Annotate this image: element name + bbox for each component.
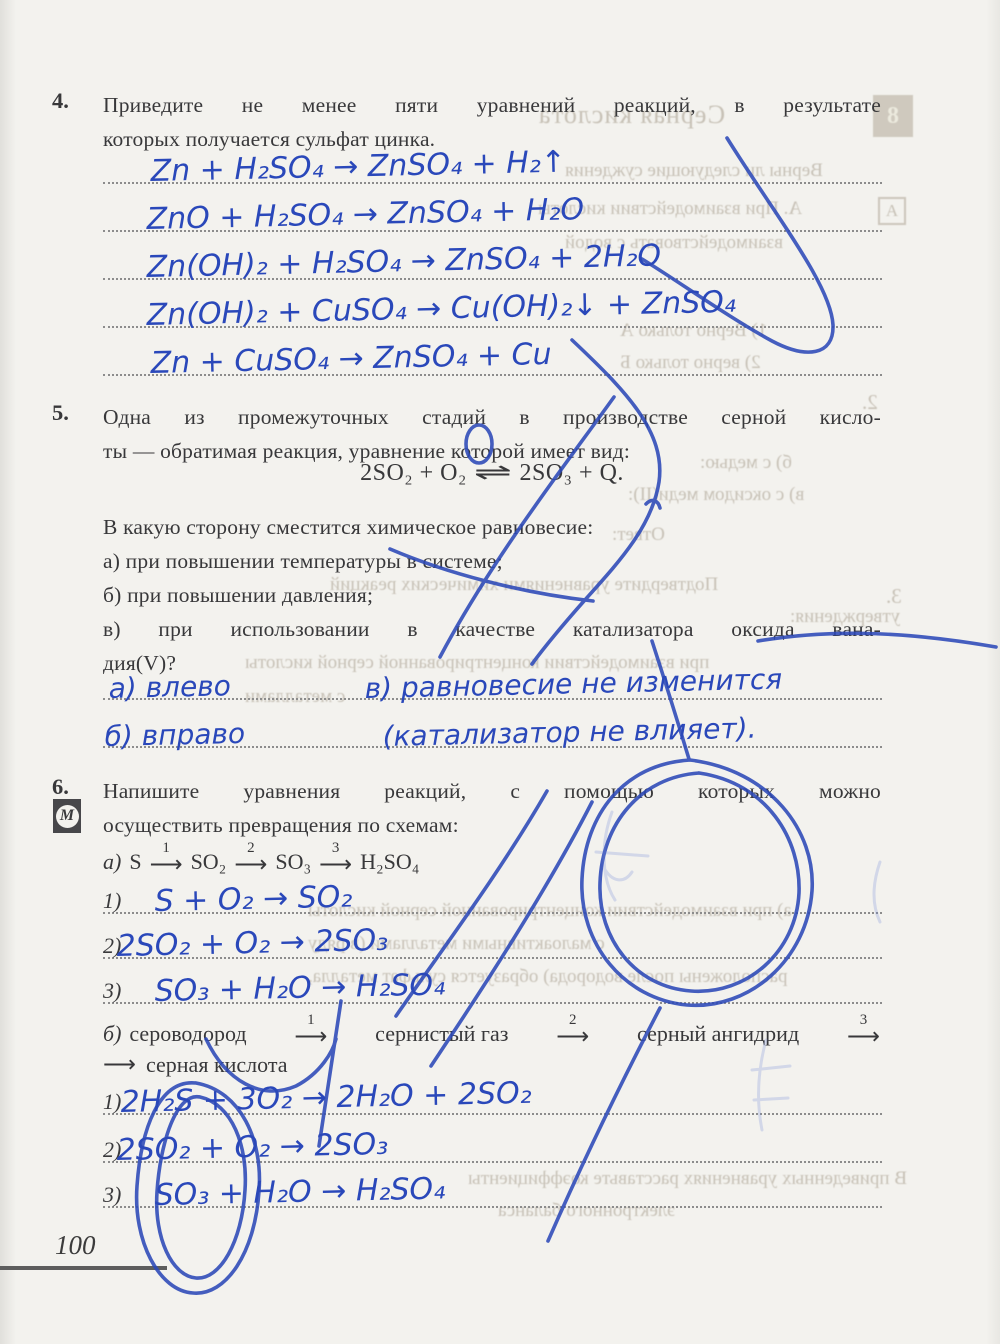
equation-left: 2SO₂ + O₂ <box>360 460 467 486</box>
question-6-number: 6. <box>52 774 69 800</box>
m-icon-letter: М <box>56 805 79 828</box>
question-5-item-b: б) при повышении давления; <box>103 578 881 612</box>
equation-right: 2SO₃ + Q. <box>519 460 623 486</box>
handwritten-equation: SO₃ + H₂O → H₂SO₄ <box>154 967 445 1009</box>
equilibrium-arrows: ⇌ <box>474 458 513 487</box>
answer-line: Zn(OH)₂ + H₂SO₄ → ZnSO₄ + 2H₂O <box>103 232 882 280</box>
handwritten-equation: Zn + H₂SO₄ → ZnSO₄ + H₂↑ <box>150 145 566 189</box>
scheme-b-item: серный ангидрид <box>637 1021 799 1047</box>
bleedthrough-text: 3. <box>886 584 902 609</box>
answer-line: Zn + H₂SO₄ → ZnSO₄ + H₂↑ <box>103 136 882 184</box>
right-arrow-icon: ⟶ <box>556 1027 589 1047</box>
scheme-b-item: сероводород <box>129 1021 246 1046</box>
handwritten-answer-b: б) вправо <box>104 717 245 753</box>
handwritten-answer-v-cont: (катализатор не влияет). <box>382 712 757 753</box>
handwritten-equation: Zn(OH)₂ + CuSO₄ → Cu(OH)₂↓ + ZnSO₄ <box>146 285 736 333</box>
numbered-arrow-2: 2⟶ <box>556 1014 589 1047</box>
answer-line: а) влево в) равновесие не изменится <box>103 652 882 700</box>
handwritten-answer-v: в) равновесие не изменится <box>364 663 782 705</box>
answer-number: 3) <box>103 978 121 1004</box>
question-5-line-1: Одна из промежуточных стадий в производс… <box>103 400 881 434</box>
question-5-prompt: В какую сторону сместится химическое рав… <box>103 510 881 544</box>
answer-line: Zn(OH)₂ + CuSO₄ → Cu(OH)₂↓ + ZnSO₄ <box>103 280 882 328</box>
question-5-number: 5. <box>52 400 69 426</box>
answer-number: 1) <box>103 1089 121 1115</box>
footer-rule <box>0 1266 167 1270</box>
answer-line: Zn + CuSO₄ → ZnSO₄ + Cu <box>103 328 882 376</box>
answer-line: 2) 2SO₂ + O₂ → 2SO₃ <box>103 911 882 959</box>
equilibrium-equation: 2SO₂ + O₂⇌2SO₃ + Q. <box>103 458 881 487</box>
bleedthrough-text: в) с оксидом меди(II): <box>628 484 804 506</box>
answer-line: 1) 2H₂S + 3O₂ → 2H₂O + 2SO₂ <box>103 1067 882 1115</box>
right-arrow-icon: ⟶ <box>847 1027 880 1047</box>
handwritten-equation: ZnO + H₂SO₄ → ZnSO₄ + H₂O <box>146 192 584 237</box>
question-5-item-a: а) при повышении температуры в системе; <box>103 544 881 578</box>
bleedthrough-letter-box: А <box>878 197 906 225</box>
question-6-text: Напишите уравнения реакций, с помощью ко… <box>103 774 881 842</box>
scheme-b-label: б) <box>103 1021 121 1046</box>
question-6-line-2: осуществить превращения по схемам: <box>103 808 881 842</box>
handwritten-equation: Zn + CuSO₄ → ZnSO₄ + Cu <box>150 337 552 381</box>
page-right-edge-shadow <box>986 0 1000 1344</box>
question-4-number: 4. <box>52 88 69 114</box>
page-left-edge-shadow <box>0 0 16 1344</box>
scheme-b: б)сероводород 1⟶ сернистый газ 2⟶ серный… <box>103 1014 888 1047</box>
numbered-arrow-3: 3⟶ <box>847 1014 880 1047</box>
question-5-item-v: в) при использовании в качестве катализа… <box>103 612 881 646</box>
question-6-line-1: Напишите уравнения реакций, с помощью ко… <box>103 774 881 808</box>
answer-number: 3) <box>103 1182 121 1208</box>
right-arrow-icon: ⟶ <box>294 1027 327 1047</box>
handwritten-equation: SO₃ + H₂O → H₂SO₄ <box>154 1171 445 1213</box>
handwritten-equation: Zn(OH)₂ + H₂SO₄ → ZnSO₄ + 2H₂O <box>146 238 661 285</box>
question-4-line-1: Приведите не менее пяти уравнений реакци… <box>103 88 881 122</box>
margin-m-icon: М <box>53 799 81 833</box>
numbered-arrow-1: 1⟶ <box>294 1014 327 1047</box>
workbook-page: { "palette":{"paper":"#f3f2ee","ink":"#3… <box>0 0 1000 1344</box>
handwritten-equation: 2H₂S + 3O₂ → 2H₂O + 2SO₂ <box>120 1076 532 1120</box>
answer-line: б) вправо (катализатор не влияет). <box>103 700 882 748</box>
answer-line: ZnO + H₂SO₄ → ZnSO₄ + H₂O <box>103 184 882 232</box>
scheme-b-item: сернистый газ <box>375 1021 508 1047</box>
answer-line: 3) SO₃ + H₂O → H₂SO₄ <box>103 1160 882 1208</box>
page-number: 100 <box>55 1230 96 1261</box>
answer-line: 2) 2SO₂ + O₂ → 2SO₃ <box>103 1115 882 1163</box>
answer-line: 1) S + O₂ → SO₂ <box>103 866 882 914</box>
answer-line: 3) SO₃ + H₂O → H₂SO₄ <box>103 956 882 1004</box>
